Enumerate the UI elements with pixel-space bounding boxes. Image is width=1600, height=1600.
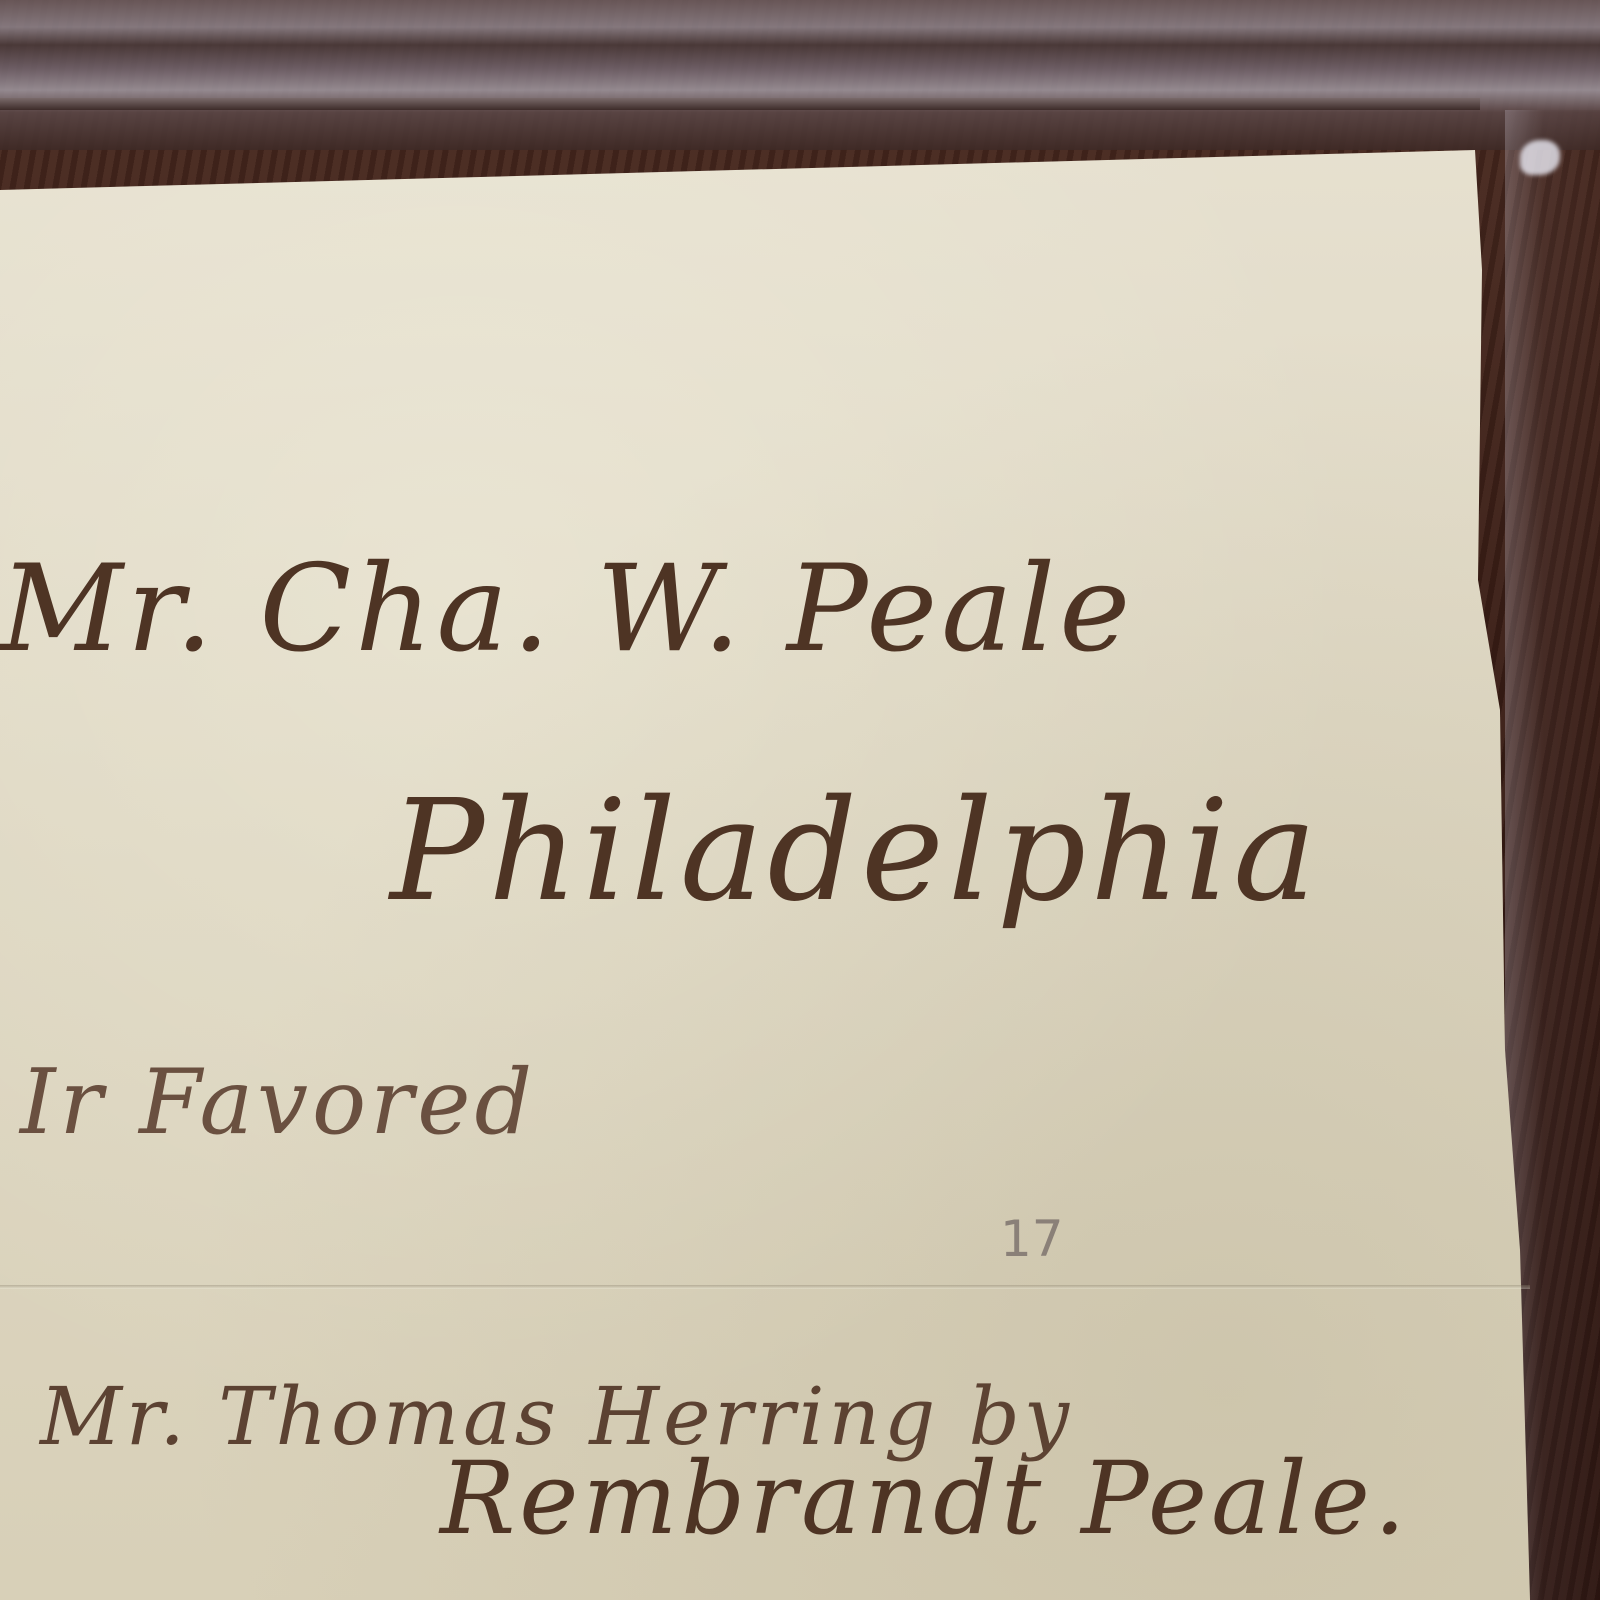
- partial-handwriting-left: Ir Favored: [20, 1050, 536, 1155]
- plastic-sleeve-top: [0, 0, 1600, 150]
- pencil-mark: 17: [1000, 1210, 1064, 1268]
- plastic-sleeve-seam: [0, 98, 1480, 110]
- carrier-signature: Rembrandt Peale.: [440, 1440, 1410, 1557]
- paper-fold-line: [0, 1285, 1530, 1289]
- address-city: Philadelphia: [390, 770, 1321, 933]
- addressee-name: Mr. Cha. W. Peale: [0, 540, 1134, 679]
- sleeve-glare: [1520, 140, 1560, 175]
